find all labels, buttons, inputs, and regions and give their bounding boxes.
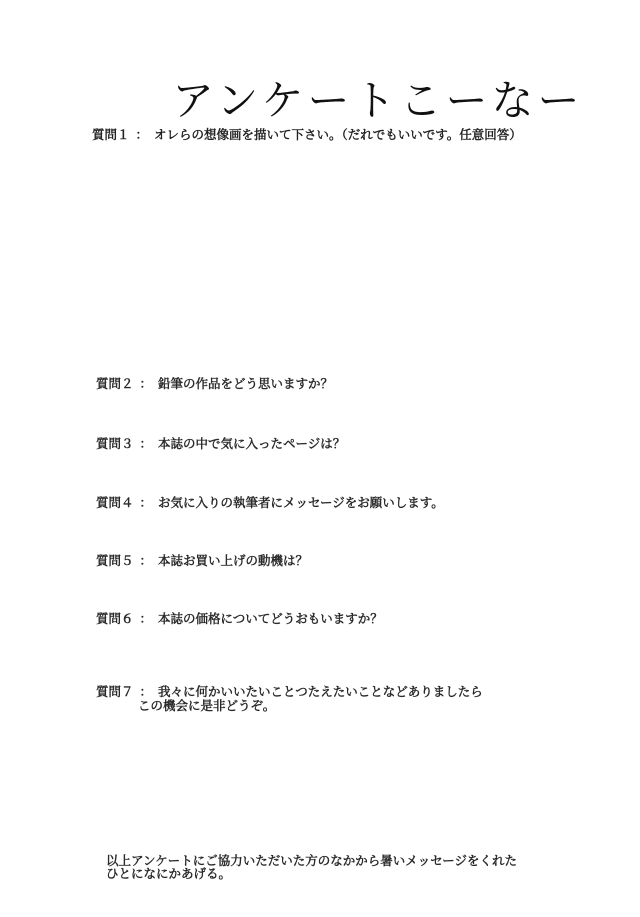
- question-2: 質問２：鉛筆の作品をどう思いますか？: [96, 377, 333, 391]
- question-5: 質問５：本誌お買い上げの動機は？: [96, 554, 308, 568]
- answer-space-5[interactable]: [92, 572, 552, 608]
- question-6: 質問６：本誌の価格についてどうおもいますか？: [96, 612, 383, 626]
- page-title: アンケートこーなー: [172, 80, 583, 122]
- answer-space-7[interactable]: [92, 718, 552, 843]
- answer-space-6[interactable]: [92, 630, 552, 680]
- question-separator: ：: [140, 554, 153, 568]
- question-text: オレらの想像画を描いて下さい。（だれでもいいです。任意回答）: [154, 127, 522, 142]
- question-label: 質問３: [96, 437, 134, 451]
- question-label: 質問７: [96, 685, 134, 699]
- question-separator: ：: [140, 612, 153, 626]
- question-4: 質問４：お気に入りの執筆者にメッセージをお願いします。: [96, 496, 444, 510]
- question-text: 鉛筆の作品をどう思いますか？: [158, 376, 333, 391]
- question-label: 質問２: [96, 377, 134, 391]
- question-text: 我々に何かいいたいことつたえたいことなどありましたら: [158, 684, 483, 699]
- answer-space-1[interactable]: [92, 150, 552, 370]
- question-label: 質問１: [92, 128, 130, 142]
- question-separator: ：: [140, 685, 153, 699]
- closing-note: 以上アンケートにご協力いただいた方のなかから暑いメッセージをくれた ひとになにか…: [106, 854, 517, 880]
- questionnaire-page: アンケートこーなー 質問１：オレらの想像画を描いて下さい。（だれでもいいです。任…: [0, 0, 640, 917]
- answer-space-4[interactable]: [92, 514, 552, 550]
- question-separator: ：: [136, 128, 149, 142]
- question-separator: ：: [140, 377, 153, 391]
- question-1: 質問１：オレらの想像画を描いて下さい。（だれでもいいです。任意回答）: [92, 128, 522, 142]
- question-7: 質問７：我々に何かいいたいことつたえたいことなどありましたら この機会に是非どう…: [96, 685, 483, 713]
- answer-space-2[interactable]: [92, 395, 552, 433]
- question-3: 質問３：本誌の中で気に入ったページは？: [96, 437, 345, 451]
- question-text: 本誌の価格についてどうおもいますか？: [158, 611, 383, 626]
- question-label: 質問６: [96, 612, 134, 626]
- question-text-line2: この機会に是非どうぞ。: [96, 699, 483, 713]
- question-label: 質問４: [96, 496, 134, 510]
- question-separator: ：: [140, 496, 153, 510]
- question-text: 本誌の中で気に入ったページは？: [158, 436, 345, 451]
- question-text: 本誌お買い上げの動機は？: [158, 553, 308, 568]
- answer-space-3[interactable]: [92, 455, 552, 493]
- question-text: お気に入りの執筆者にメッセージをお願いします。: [158, 495, 444, 510]
- closing-note-line2: ひとになにかあげる。: [106, 867, 517, 880]
- question-separator: ：: [140, 437, 153, 451]
- question-label: 質問５: [96, 554, 134, 568]
